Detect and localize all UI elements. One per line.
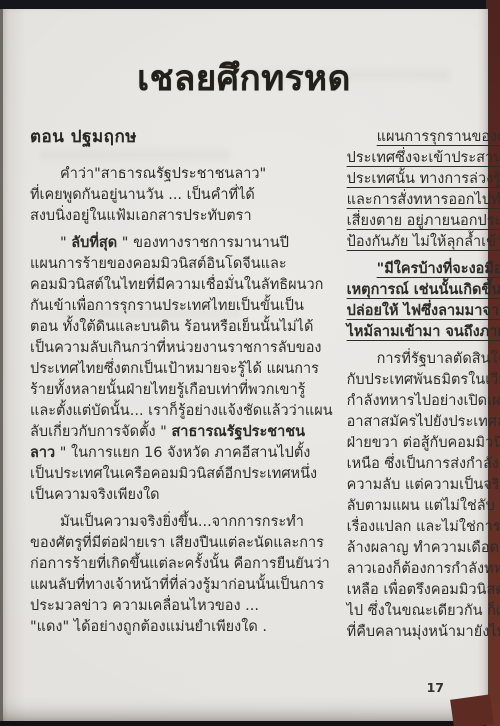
page-title: เชลยศึกทรหด [0, 51, 488, 106]
text-line: ประเทศซึ่งจะเข้าประสานกับผู้ขายชาติใน [347, 148, 500, 169]
text-line: แผนลับที่ทางเจ้าหน้าที่ที่ล่วงรู้มาก่อนน… [30, 575, 333, 596]
paragraph: คำว่า"สาธารณรัฐประชาชนลาว"ที่เคยพูดกันอย… [30, 164, 333, 227]
text-line: กันเข้าเพื่อการรุกรานประเทศไทยเป็นขั้นเป… [30, 296, 333, 317]
text-line: "แดง" ได้อย่างถูกต้องแม่นยำเพียงใด . [30, 617, 333, 638]
text-line: ลับตามแผน แต่ไม่ใช่ลับ ในการกระทำนั้นไม่… [347, 496, 500, 517]
section-heading: ตอน ปฐมฤกษ [30, 127, 333, 148]
text-line: ฝ่ายขวา ต่อสู้กับคอมมิวนิสต์ลาว และ ญวน [347, 433, 500, 454]
text-line: แผนการร้ายของคอมมิวนิสต์อินโดจีนและ [30, 254, 333, 275]
text-line: เป็นความจริงเพียงใด [30, 485, 333, 506]
text-line: ร้ายทั้งหลายนั้นฝ่ายไทยรู้เกือบเท่าที่พว… [30, 380, 333, 401]
text-line: ปล่อยให้ ไฟซึ่งลามมาจากประเทศรอบนอก [347, 301, 500, 322]
text-line: สงบนิ่งอยู่ในแฟ้มเอกสารประทับตรา [30, 206, 333, 227]
text-line: คอมมิวนิสต์ในไทยที่มีความเชื่อมั่นในลัทธ… [30, 275, 333, 296]
paragraph: " ลับที่สุด " ของทางราชการมานานปีแผนการร… [30, 233, 333, 506]
text-line: ประเทศนั้น ทางการล่วงรู้มาเป็นเวลานาน [347, 169, 500, 190]
text-line: กำลังทหารไปอย่างเปิดเผย และการส่งทหาร [347, 391, 500, 412]
text-line: คำว่า"สาธารณรัฐประชาชนลาว" [30, 164, 333, 185]
paragraph: แผนการรุกรานของคอมมิวนิสต์ นอกประเทศซึ่ง… [347, 127, 500, 253]
text-line: ความลับ แต่ความเป็นจริงนั้นคนรู้กันทั่ว … [347, 475, 500, 496]
text-line: ไหม้ลามเข้ามา จนถึงภายในบ้านของเรา...." [347, 322, 500, 343]
right-column-text: แผนการรุกรานของคอมมิวนิสต์ นอกประเทศซึ่ง… [347, 127, 500, 643]
left-column: ตอน ปฐมฤกษ คำว่า"สาธารณรัฐประชาชนลาว"ที่… [30, 127, 333, 673]
text-line: "มีใครบ้างที่จะงอมืองอเท้า ปล่อยให้ [347, 259, 500, 280]
text-line: เสี่ยงตาย อยู่ภายนอกประเทศนั้น คือการ [347, 211, 500, 232]
text-line: ป้องกันภัย ไม่ให้ลุกล้ำเข้ามาในบ้านเรา [347, 232, 500, 253]
text-line: ที่เคยพูดกันอยู่นานวัน ... เป็นคำที่ได้ [30, 185, 333, 206]
paragraph: "มีใครบ้างที่จะงอมืองอเท้า ปล่อยให้เหตุก… [347, 259, 500, 343]
text-line: ประเทศไทยซึ่งตกเป็นเป้าหมายจะรู้ได้ แผนก… [30, 359, 333, 380]
text-line: เป็นความลับเกินกว่าที่หน่วยงานราชการลับข… [30, 338, 333, 359]
text-line: เป็นประเทศในเครือคอมมิวนิสต์อีกประเทศหนึ… [30, 464, 333, 485]
right-column: แผนการรุกรานของคอมมิวนิสต์ นอกประเทศซึ่ง… [347, 127, 500, 673]
text-line: เหตุการณ์ เช่นนั้นเกิดขึ้น และมีใครบ้างท… [347, 280, 500, 301]
text-line: และการสั่งทหารออกไปทำการสู้รบเสี่ยงเป็น [347, 190, 500, 211]
paragraph: การที่รัฐบาลตัดสินใจส่งทหารไปร่วมรบกับปร… [347, 349, 500, 643]
text-line: ลาวเองก็ต้องการกำลังทหารจากไทย ไปช่วย [347, 559, 500, 580]
text-line: ก่อการร้ายที่เกิดขึ้นแต่ละครั้งนั้น คือก… [30, 554, 333, 575]
text-line: กับประเทศพันธมิตรในเวียตนาม ซึ่งเป็นการส… [347, 370, 500, 391]
text-line: มันเป็นความจริงยิ่งขึ้น...จากการกระทำ [30, 512, 333, 533]
text-line: และตั้งแต่บัดนั้น... เราก็รู้อย่างแจ้งชั… [30, 401, 333, 422]
text-line: การที่รัฐบาลตัดสินใจส่งทหารไปร่วมรบ [347, 349, 500, 370]
page-number: 17 [427, 680, 444, 695]
text-line: ประมวลข่าว ความเคลื่อนไหวของ ... [30, 596, 333, 617]
text-line: ที่คืบคลานมุ่งหน้ามายังไทย ได้ถอยกลับไปด… [347, 622, 500, 643]
text-line: ตอน ทั้งใต้ดินและบนดิน ร้อนหรือเย็นนั้นไ… [30, 317, 333, 338]
text-line: อาสาสมัครไปยังประเทศลาว เพื่อช่วยรัฐบาลล… [347, 412, 500, 433]
left-column-text: คำว่า"สาธารณรัฐประชาชนลาว"ที่เคยพูดกันอย… [30, 164, 333, 638]
text-line: ลับเกี่ยวกับการจัดตั้ง " สาธารณรัฐประชาช… [30, 422, 333, 443]
text-line: ไป ซึ่งในขณะเดียวกัน ก็เป็นการผลักดัน ให… [347, 601, 500, 622]
text-line: เหนือ ซึ่งเป็นการส่งกำลัง แบบที่เรียกว่า… [347, 454, 500, 475]
text-columns: ตอน ปฐมฤกษ คำว่า"สาธารณรัฐประชาชนลาว"ที่… [30, 127, 464, 673]
text-line: เหลือ เพื่อตรึงคอมมิวนิสต์ไว้ไม่ให้เติบโ… [347, 580, 500, 601]
text-line: แผนการรุกรานของคอมมิวนิสต์ นอก [347, 127, 500, 148]
background-top-edge [0, 0, 486, 9]
text-line: " ลับที่สุด " ของทางราชการมานานปี [30, 233, 333, 254]
paragraph: มันเป็นความจริงยิ่งขึ้น...จากการกระทำของ… [30, 512, 333, 638]
text-line: ล้างผลาญ ทำความเดือดร้อนให้กับใคร รัฐบาล [347, 538, 500, 559]
page-paper: เชลยศึกทรหด ตอน ปฐมฤกษ คำว่า"สาธารณรัฐปร… [0, 9, 488, 721]
text-line: ลาว " ในการแยก 16 จังหวัด ภาคอีสานไปตั้ง [30, 443, 333, 464]
text-line: เรื่องแปลก และไม่ใช่การรุกราน หรือ ไปทำก… [347, 517, 500, 538]
text-line: ของศัตรูที่มีต่อฝ่ายเรา เสียงปืนแต่ละนัด… [30, 533, 333, 554]
book-page-photo: เชลยศึกทรหด ตอน ปฐมฤกษ คำว่า"สาธารณรัฐปร… [0, 0, 500, 726]
spine-edge-line [0, 9, 3, 721]
